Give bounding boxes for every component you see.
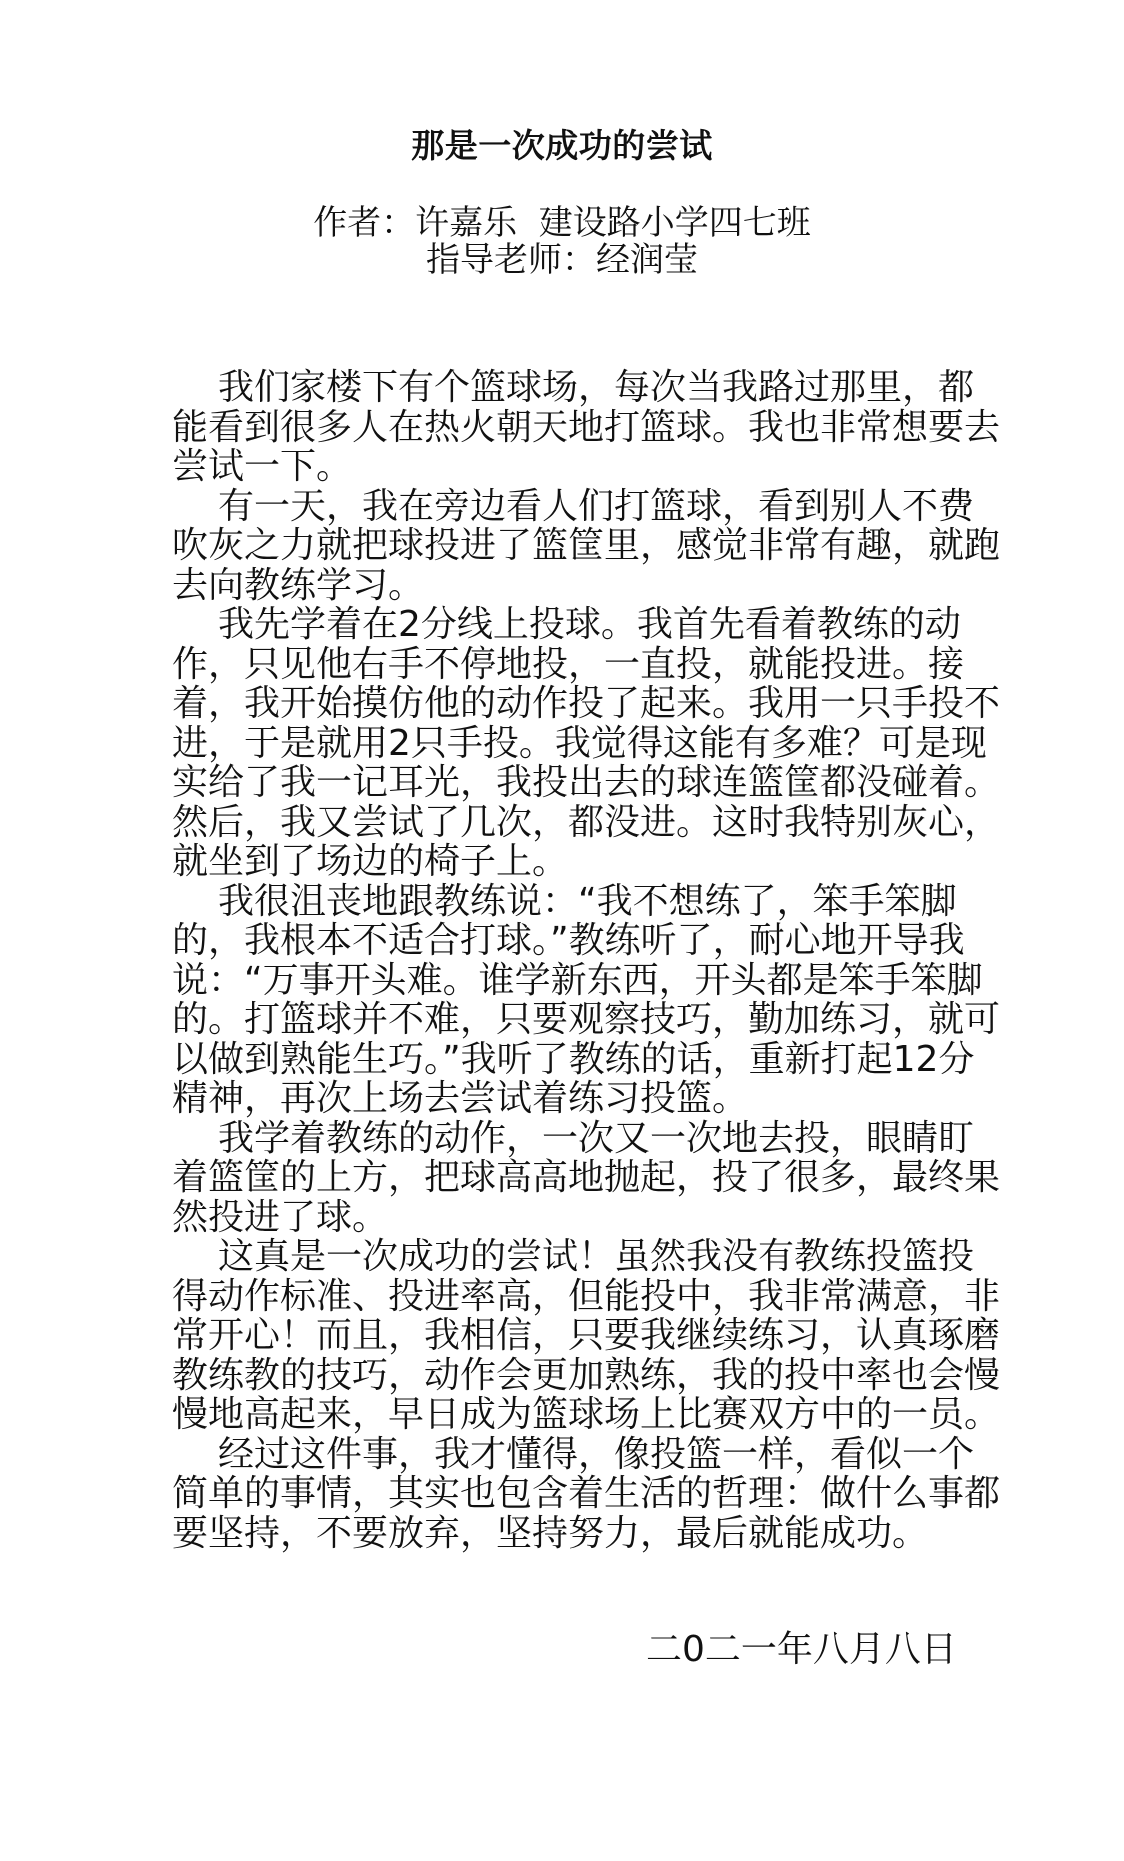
essay-line: 简单的事情，其实也包含着生活的哲理：做什么事都: [172, 1474, 952, 1514]
essay-line: 能看到很多人在热火朝天地打篮球。我也非常想要去: [172, 408, 952, 448]
author-line: 作者：许嘉乐 建设路小学四七班: [0, 203, 1124, 243]
essay-line: 实给了我一记耳光，我投出去的球连篮筐都没碰着。: [172, 763, 952, 803]
essay-line: 的，我根本不适合打球。”教练听了，耐心地开导我: [172, 921, 952, 961]
advisor-line: 指导老师：经润莹: [0, 240, 1124, 280]
essay-line: 去向教练学习。: [172, 566, 952, 606]
essay-line: 着篮筐的上方，把球高高地抛起，投了很多，最终果: [172, 1158, 952, 1198]
essay-line: 就坐到了场边的椅子上。: [172, 842, 952, 882]
essay-title: 那是一次成功的尝试: [0, 124, 1124, 168]
essay-line: 常开心！而且，我相信，只要我继续练习，认真琢磨: [172, 1316, 952, 1356]
essay-line: 然后，我又尝试了几次，都没进。这时我特别灰心，: [172, 803, 952, 843]
essay-line: 教练教的技巧，动作会更加熟练，我的投中率也会慢: [172, 1356, 952, 1396]
essay-line: 然投进了球。: [172, 1198, 952, 1238]
essay-line: 要坚持，不要放弃，坚持努力，最后就能成功。: [172, 1514, 952, 1554]
essay-line: 我很沮丧地跟教练说：“我不想练了，笨手笨脚: [172, 882, 952, 922]
essay-line: 进，于是就用2只手投。我觉得这能有多难？可是现: [172, 724, 952, 764]
essay-line: 这真是一次成功的尝试！虽然我没有教练投篮投: [172, 1237, 952, 1277]
essay-line: 得动作标准、投进率高，但能投中，我非常满意，非: [172, 1277, 952, 1317]
essay-line: 有一天，我在旁边看人们打篮球，看到别人不费: [172, 487, 952, 527]
essay-line: 尝试一下。: [172, 447, 952, 487]
essay-line: 着，我开始摸仿他的动作投了起来。我用一只手投不: [172, 684, 952, 724]
essay-line: 慢地高起来，早日成为篮球场上比赛双方中的一员。: [172, 1395, 952, 1435]
essay-line: 我先学着在2分线上投球。我首先看着教练的动: [172, 605, 952, 645]
essay-line: 我们家楼下有个篮球场，每次当我路过那里，都: [172, 368, 952, 408]
essay-line: 以做到熟能生巧。”我听了教练的话，重新打起12分: [172, 1040, 952, 1080]
essay-line: 的。打篮球并不难，只要观察技巧，勤加练习，就可: [172, 1000, 952, 1040]
essay-date: 二0二一年八月八日: [646, 1626, 932, 1674]
essay-body: 我们家楼下有个篮球场，每次当我路过那里，都能看到很多人在热火朝天地打篮球。我也非…: [172, 368, 952, 1553]
essay-line: 吹灰之力就把球投进了篮筐里，感觉非常有趣，就跑: [172, 526, 952, 566]
essay-line: 作，只见他右手不停地投，一直投，就能投进。接: [172, 645, 952, 685]
essay-line: 说：“万事开头难。谁学新东西，开头都是笨手笨脚: [172, 961, 952, 1001]
essay-line: 我学着教练的动作，一次又一次地去投，眼睛盯: [172, 1119, 952, 1159]
essay-line: 经过这件事，我才懂得，像投篮一样，看似一个: [172, 1435, 952, 1475]
essay-line: 精神，再次上场去尝试着练习投篮。: [172, 1079, 952, 1119]
